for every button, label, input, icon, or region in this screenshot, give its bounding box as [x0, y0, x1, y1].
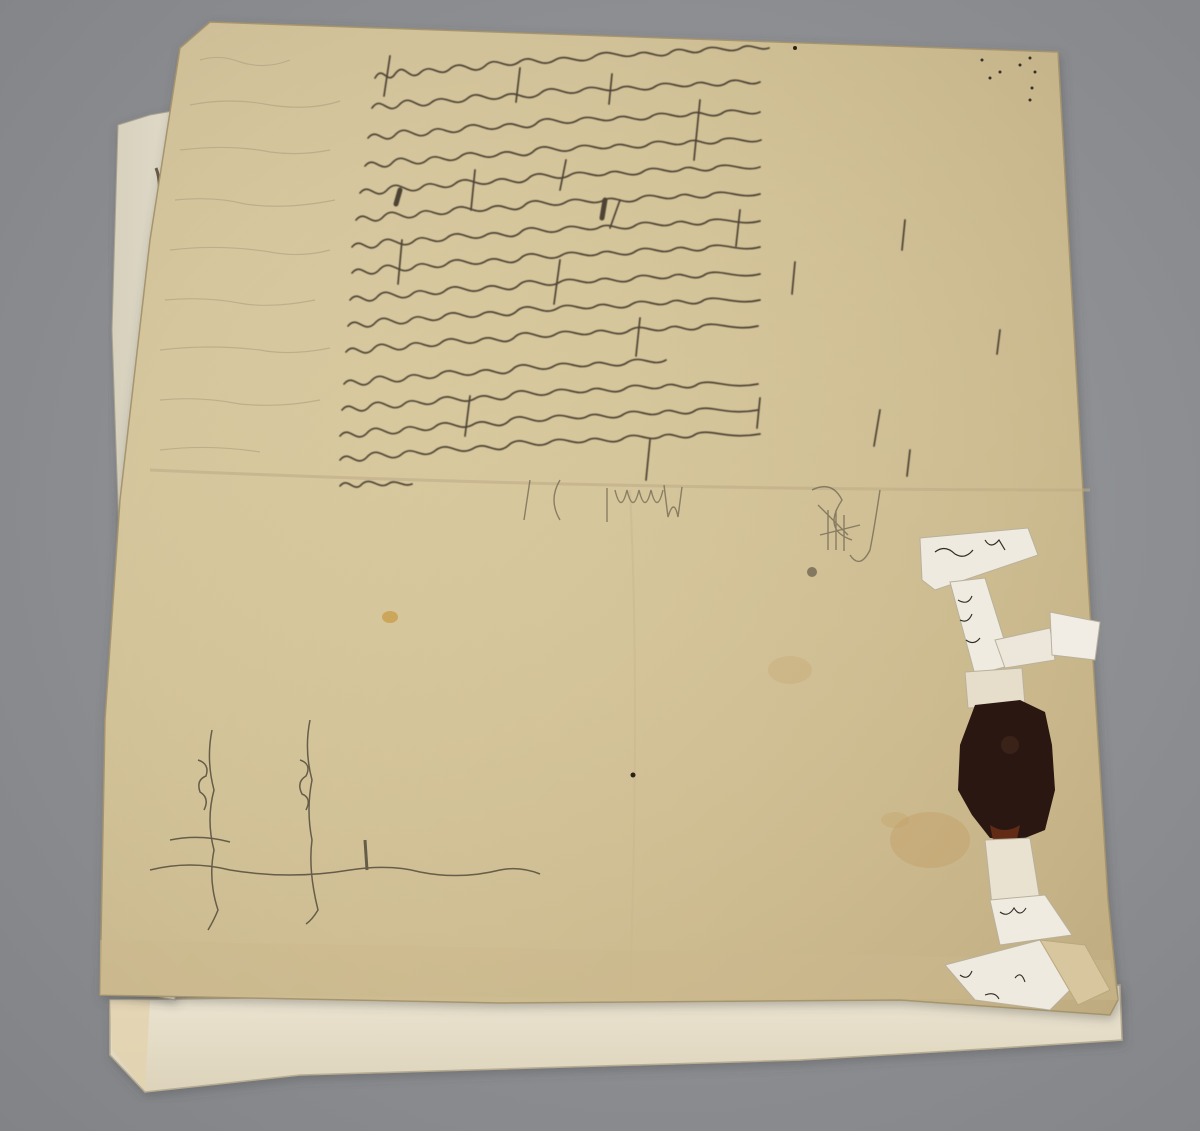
parchment-photo — [0, 0, 1200, 1131]
main-sheet — [100, 22, 1118, 1015]
